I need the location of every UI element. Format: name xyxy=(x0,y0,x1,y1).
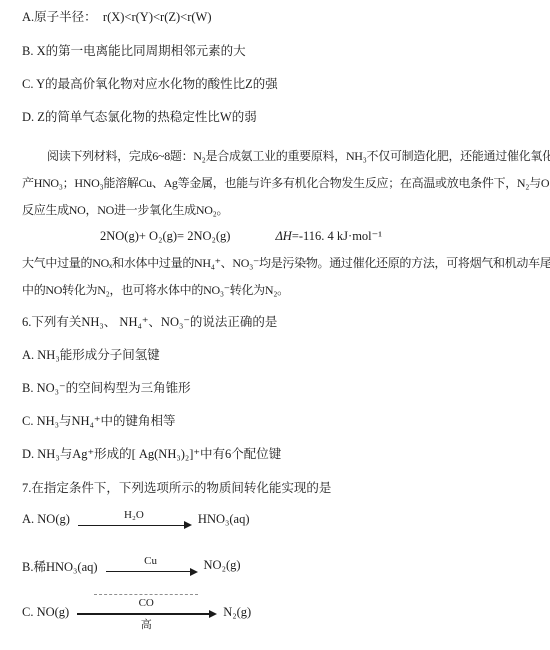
material-line-2: 产HNO₃；HNO₃能溶解Cu、Ag等金属，也能与许多有机化合物发生反应；在高温… xyxy=(22,175,536,202)
question6-stem: 6.下列有关NH₃、 NH₄⁺、NO₃⁻的说法正确的是 xyxy=(22,315,536,330)
arrow-shaft-icon xyxy=(106,571,196,572)
reaction-arrow-c: CO 高 xyxy=(77,594,215,631)
reactant-a: A. NO(g) xyxy=(22,512,70,527)
question6-option-b: B. NO₃⁻的空间构型为三角锥形 xyxy=(22,381,536,396)
reaction-arrow-a: H₂O xyxy=(78,509,190,530)
question6-option-d: D. NH₃与Ag⁺形成的[ Ag(NH₃)₂]⁺中有6个配位键 xyxy=(22,447,536,462)
reaction-option-b: B.稀HNO₃(aq) Cu NO₂(g) xyxy=(22,555,550,576)
option-b-ionization-energy: B. X的第一电离能比同周期相邻元素的大 xyxy=(22,44,536,59)
delta-h-value: =-116. 4 kJ·mol⁻¹ xyxy=(292,229,382,243)
arrow-shaft-icon xyxy=(77,613,215,614)
condition-below-c: 高 xyxy=(141,619,152,632)
product-a: HNO₃(aq) xyxy=(198,512,250,527)
pollution-line-2: 中的NO转化为N₂，也可将水体中的NO₃⁻转化为N₂。 xyxy=(22,282,536,309)
reaction-arrow-b: Cu xyxy=(106,555,196,576)
scan-artifact-dashes-icon xyxy=(94,594,198,595)
exam-document-page: { "colors": { "background": "#ffffff", "… xyxy=(0,0,550,650)
arrow-shaft-icon xyxy=(78,525,190,526)
option-d-thermal-stability: D. Z的简单气态氯化物的热稳定性比W的弱 xyxy=(22,110,536,125)
pollution-line-1: 大气中过量的NOₓ和水体中过量的NH₄⁺、NO₃⁻均是污染物。通过催化还原的方法… xyxy=(22,255,536,282)
condition-above-c: CO xyxy=(139,597,154,610)
question7-stem: 7.在指定条件下，下列选项所示的物质间转化能实现的是 xyxy=(22,481,536,496)
thermochemical-equation: 2NO(g)+ O₂(g)= 2NO₂(g)ΔH=-116. 4 kJ·mol⁻… xyxy=(100,229,550,244)
reactant-b: B.稀HNO₃(aq) xyxy=(22,557,98,575)
equation-lhs: 2NO(g)+ O₂(g)= 2NO₂(g) xyxy=(100,229,230,243)
question6-option-a: A. NH₃能形成分子间氢键 xyxy=(22,348,536,363)
product-c: N₂(g) xyxy=(223,605,251,620)
reaction-option-c: C. NO(g) CO 高 N₂(g) xyxy=(22,594,550,631)
product-b: NO₂(g) xyxy=(204,558,241,573)
delta-h-symbol: ΔH xyxy=(275,229,291,243)
material-line-3: 反应生成NO，NO进一步氧化生成NO₂。 xyxy=(22,202,536,229)
pollution-paragraph: 大气中过量的NOₓ和水体中过量的NH₄⁺、NO₃⁻均是污染物。通过催化还原的方法… xyxy=(22,255,536,309)
condition-above-b: Cu xyxy=(144,555,157,568)
question6-option-c: C. NH₃与NH₄⁺中的键角相等 xyxy=(22,414,536,429)
option-c-oxide-acidity: C. Y的最高价氧化物对应水化物的酸性比Z的强 xyxy=(22,77,536,92)
condition-above-a: H₂O xyxy=(124,509,144,522)
reactant-c: C. NO(g) xyxy=(22,605,69,620)
option-a-atomic-radius: A.原子半径： r(X)<r(Y)<r(Z)<r(W) xyxy=(22,10,536,25)
material-line-1: 阅读下列材料，完成6~8题：N₂是合成氨工业的重要原料，NH₃不仅可制造化肥，还… xyxy=(22,148,536,175)
reaction-option-a: A. NO(g) H₂O HNO₃(aq) xyxy=(22,509,550,530)
material-paragraph: 阅读下列材料，完成6~8题：N₂是合成氨工业的重要原料，NH₃不仅可制造化肥，还… xyxy=(22,148,536,229)
